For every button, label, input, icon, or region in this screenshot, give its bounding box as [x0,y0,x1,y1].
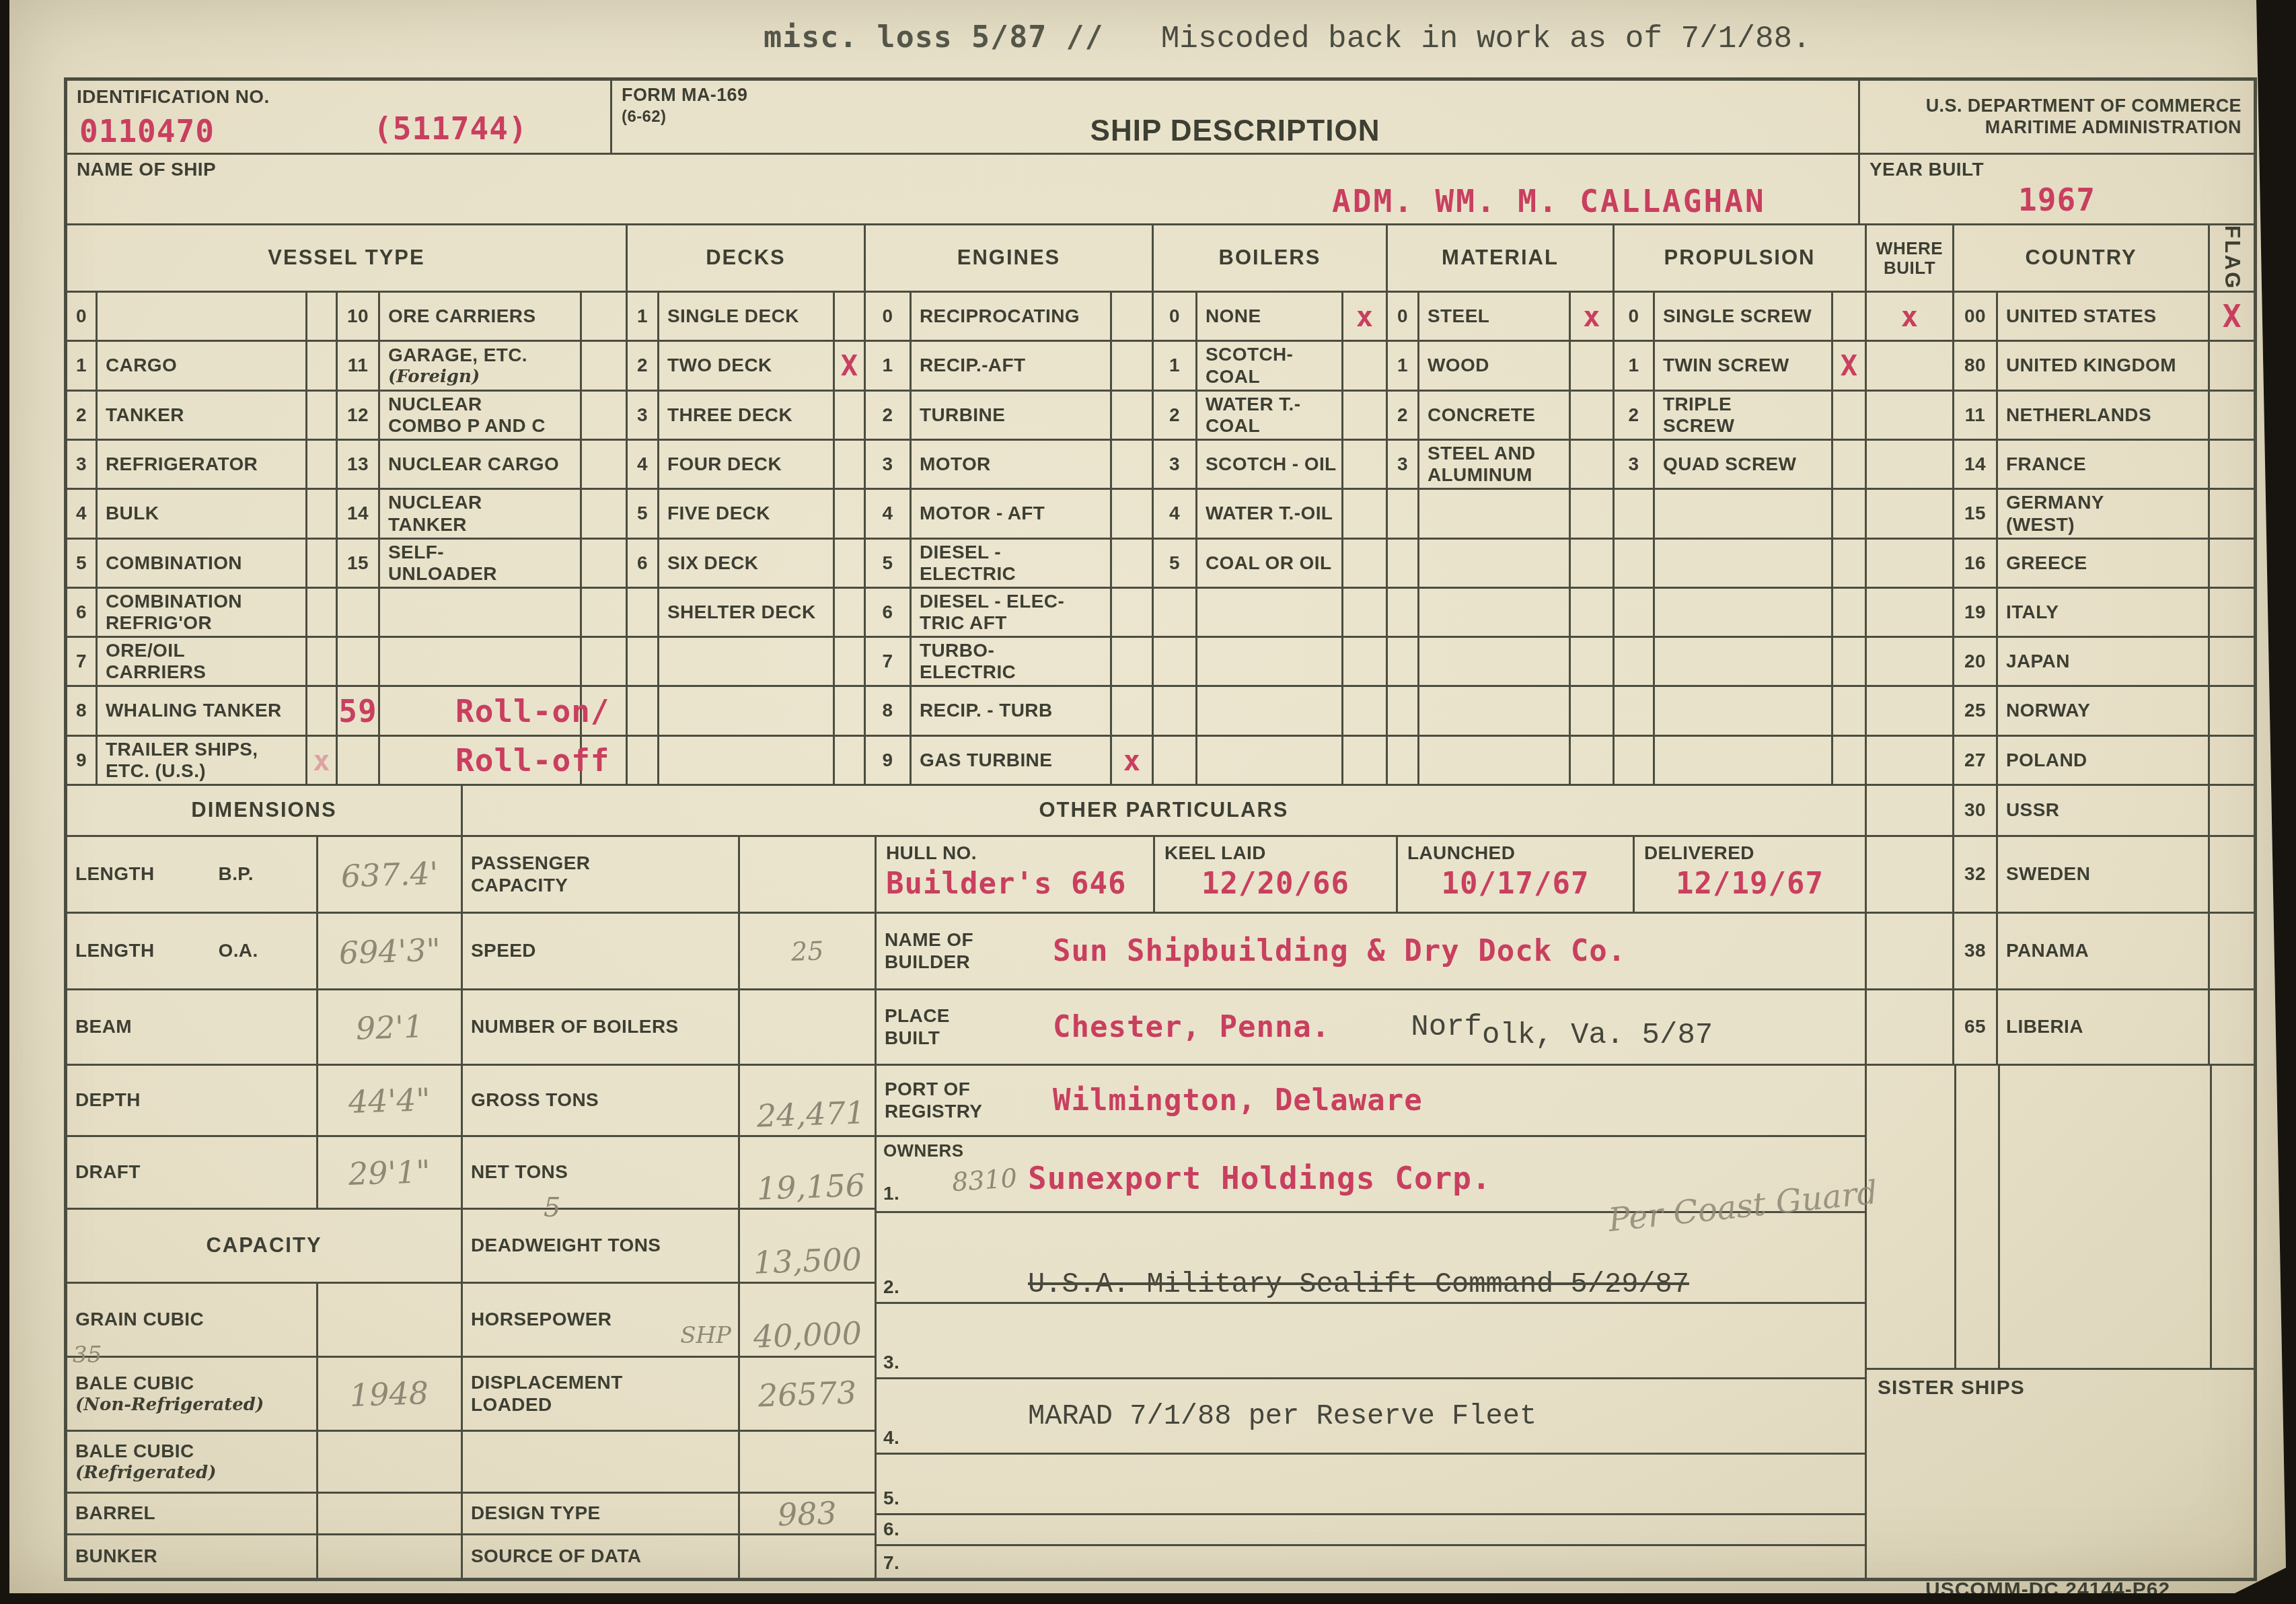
option-label: SCOTCH- COAL [1206,344,1293,387]
country-label-cell: GREECE [1998,540,2210,589]
mid-value-cell [740,837,877,914]
owner-name-red: Sunexport Holdings Corp. [1028,1160,1491,1196]
decks-check-cell [835,441,866,490]
flag-cell [2210,540,2254,589]
dimension-label: DEPTH [75,1089,141,1111]
propulsion-label-cell [1655,737,1833,786]
hull-label: HULL NO. [886,842,977,864]
propulsion-code-cell: 0 [1615,293,1655,342]
vessel_type_b-code-cell: 14 [338,490,380,540]
place-value: Chester, Penna. [1053,1010,1330,1044]
material-check-cell [1571,441,1615,490]
vessel_type_b-code-cell: 11 [338,342,380,392]
country-label: SWEDEN [2006,863,2090,885]
boilers-check-cell [1343,589,1388,638]
mid-label: DISPLACEMENT LOADED [471,1372,623,1415]
capacity-label-cell: GRAIN CUBIC [67,1284,318,1358]
propulsion-code-cell [1615,737,1655,786]
capacity-value-cell [318,1284,463,1358]
column-header-label: PROPULSION [1664,246,1816,269]
decks-label-cell: THREE DECK [659,392,835,441]
identification-cell: IDENTIFICATION NO. 0110470 (511744) [67,81,612,155]
propulsion-label-cell: TRIPLE SCREW [1655,392,1833,441]
owner-number: 6. [883,1519,899,1540]
check-mark: X [1841,349,1857,382]
mid-value-cell: 24,471 [740,1066,877,1137]
particulars-registry-cell: PORT OF REGISTRYWilmington, Delaware [877,1066,1867,1137]
option-label: THREE DECK [667,404,792,426]
option-label: COAL OR OIL [1206,552,1331,574]
page-title: SHIP DESCRIPTION [1090,114,1380,149]
material-label-cell [1419,490,1571,540]
engines-check-cell [1112,342,1154,392]
propulsion-code-cell [1615,490,1655,540]
engines-label-cell: TURBINE [912,392,1112,441]
year-built-value: 1967 [2018,182,2096,218]
decks-check-cell [835,490,866,540]
boilers-check-cell [1343,490,1388,540]
vessel_type_b-label-cell: ORE CARRIERS [380,293,582,342]
mid-value: 13,500 [753,1241,862,1281]
country-label-cell: ITALY [1998,589,2210,638]
vessel_type_a-check-cell [307,342,338,392]
vessel_type_a-check-cell [307,392,338,441]
mid-label-cell: SOURCE OF DATA [463,1535,740,1578]
check-mark: x [1583,300,1600,333]
option-label-paren: (Foreign) [388,367,480,387]
country-label-cell: SWEDEN [1998,837,2210,914]
year-built-cell: YEAR BUILT 1967 [1860,155,2254,225]
option-label: ORE CARRIERS [388,305,536,327]
vessel_type_a-code-cell: 7 [67,638,98,687]
material-check-cell [1571,490,1615,540]
engines-code-cell: 5 [866,540,912,589]
boilers-label-cell: NONE [1197,293,1343,342]
dimension-value: 694'3" [338,931,441,971]
column-header-decks: DECKS [628,225,866,293]
flag-cell [2210,342,2254,392]
column-header-label: BOILERS [1219,246,1321,269]
material-code-cell [1388,490,1419,540]
propulsion-check-cell [1833,737,1867,786]
check-mark: X [2223,298,2242,334]
code-value: 5 [1169,552,1180,574]
code-value: 1 [1169,355,1180,376]
capacity-value: 1948 [350,1374,430,1413]
propulsion-label-cell: TWIN SCREW [1655,342,1833,392]
option-label: REFRIGERATOR [106,453,258,475]
decks-label-cell: FIVE DECK [659,490,835,540]
column-header-country: COUNTRY [1954,225,2210,293]
hull-value: 12/19/67 [1676,867,1824,901]
country-label: FRANCE [2006,453,2086,475]
code-value: 6 [76,601,87,623]
boilers-check-cell [1343,441,1388,490]
annotation-part2: Miscoded back in work as of 7/1/88. [1161,22,1811,57]
country-label-cell: GERMANY (WEST) [1998,490,2210,540]
dimension-value-cell: 694'3" [318,914,463,990]
engines-code-cell: 1 [866,342,912,392]
propulsion-check-cell [1833,392,1867,441]
particulars-builder-cell: NAME OF BUILDERSun Shipbuilding & Dry Do… [877,914,1867,990]
option-label: WOOD [1428,355,1489,376]
mid-label: NUMBER OF BOILERS [471,1016,679,1037]
option-label: GARAGE, ETC. [388,344,527,366]
material-code-cell [1388,589,1419,638]
decks-check-cell [835,589,866,638]
typed-red-code: 59 [338,693,377,729]
country-code-cell: 65 [1954,990,1998,1066]
propulsion-code-cell [1615,589,1655,638]
check-mark: x [1356,300,1373,333]
vessel_type_b-code-cell: 15 [338,540,380,589]
column-header-engines: ENGINES [866,225,1154,293]
country-label-cell: FRANCE [1998,441,2210,490]
option-label: MOTOR [920,453,991,475]
material-label-cell: CONCRETE [1419,392,1571,441]
engines-code-cell: 4 [866,490,912,540]
capacity-label: BALE CUBIC [75,1373,194,1394]
vessel_type_b-check-cell [582,392,628,441]
propulsion-check-cell [1833,490,1867,540]
owners-label: OWNERS [883,1141,963,1161]
flag-cell: X [2210,293,2254,342]
material-label-cell: STEEL AND ALUMINUM [1419,441,1571,490]
option-label: TWO DECK [667,355,772,376]
vessel_type_b-code-cell [338,589,380,638]
engines-code-cell: 7 [866,638,912,687]
vessel_type_b-code-cell: 12 [338,392,380,441]
boilers-code-cell: 1 [1154,342,1197,392]
where-built-cell [1867,540,1954,589]
form-revision-label: (6-62) [622,108,666,126]
dimension-value: 29'1" [348,1153,431,1192]
capacity-label-cell: BUNKER [67,1535,318,1578]
option-label: BULK [106,503,159,524]
column-header-material: MATERIAL [1388,225,1615,293]
material-code-cell [1388,737,1419,786]
vessel_type_b-check-cell [582,687,628,737]
dimension-label-cell: DEPTH [67,1066,318,1137]
propulsion-code-cell: 3 [1615,441,1655,490]
where-built-cell [1867,342,1954,392]
dimension-value-cell: 44'4" [318,1066,463,1137]
column-header-propulsion: PROPULSION [1615,225,1867,293]
mid-label: DEADWEIGHT TONS [471,1235,661,1256]
vessel_type_b-label-cell: NUCLEAR TANKER [380,490,582,540]
column-header-flag: FLAG [2210,225,2254,293]
vessel_type_b-label-cell [380,638,582,687]
vessel_type_b-check-cell [582,540,628,589]
code-value: 8 [76,700,87,721]
country-label-cell: NORWAY [1998,687,2210,737]
boilers-label-cell: COAL OR OIL [1197,540,1343,589]
propulsion-check-cell [1833,687,1867,737]
decks-code-cell: 4 [628,441,659,490]
mid-value-cell: 19,156 [740,1137,877,1210]
decks-code-cell: 6 [628,540,659,589]
column-line [1998,1066,2000,1370]
country-code-cell: 38 [1954,914,1998,990]
option-label: TURBO- ELECTRIC [920,640,1016,683]
option-label: SINGLE DECK [667,305,799,327]
identification-value: 0110470 [79,113,215,149]
dimension-value: 92'1 [355,1008,424,1046]
code-value: 3 [76,453,87,475]
vessel_type_a-label-cell: ORE/OIL CARRIERS [98,638,307,687]
code-value: 2 [1629,404,1639,426]
country-code-cell: 27 [1954,737,1998,786]
vessel_type_b-code-cell [338,737,380,786]
code-value: 3 [1397,453,1408,475]
column-header-label: DECKS [706,246,786,269]
option-label: FOUR DECK [667,453,782,475]
material-check-cell [1571,392,1615,441]
place-extra2: olk, Va. 5/87 [1482,1019,1713,1052]
owner-number: 1. [883,1183,899,1204]
option-label: TWIN SCREW [1663,355,1789,376]
vessel_type_b-check-cell [582,490,628,540]
check-mark: x [313,744,330,777]
code-value: 14 [347,503,369,524]
mid-value-cell [740,990,877,1066]
boilers-label-cell [1197,687,1343,737]
propulsion-label-cell [1655,540,1833,589]
code-value: 5 [883,552,893,574]
particulars-place-cell: PLACE BUILTChester, Penna.Norfolk, Va. 5… [877,990,1867,1066]
flag-cell [2210,914,2254,990]
vessel_type_a-label-cell: COMBINATION REFRIG'OR [98,589,307,638]
engines-check-cell [1112,540,1154,589]
vessel_type_b-check-cell [582,342,628,392]
dimension-label-cell: DRAFT [67,1137,318,1210]
owner-row: 6. [877,1515,1867,1546]
code-value: 7 [76,651,87,672]
mid-value: 40,000 [753,1315,862,1355]
pencil-note: 35 [73,1342,102,1369]
vessel_type_a-label-cell: COMBINATION [98,540,307,589]
country-label-cell: POLAND [1998,737,2210,786]
option-label: CARGO [106,355,177,376]
country-label: UNITED KINGDOM [2006,355,2176,376]
boilers-label-cell: WATER T.- COAL [1197,392,1343,441]
name-of-ship-cell: NAME OF SHIP ADM. WM. M. CALLAGHAN [67,155,1860,225]
column-header-where_built: WHERE BUILT [1867,225,1954,293]
hull-value: Builder's 646 [886,867,1126,901]
mid-label-cell: GROSS TONS [463,1066,740,1137]
boilers-check-cell [1343,638,1388,687]
code-value: 10 [347,305,369,327]
code-value: 0 [1629,305,1639,327]
country-label: UNITED STATES [2006,305,2157,327]
boilers-code-cell [1154,737,1197,786]
owner-row: 5. [877,1455,1867,1515]
place-extra: Norfolk, Va. 5/87 [1411,1011,1713,1044]
vessel_type_a-label-cell: BULK [98,490,307,540]
mid-label-cell: SPEED [463,914,740,990]
dimensions-title: DIMENSIONS [191,799,336,822]
decks-label-cell [659,737,835,786]
form-title-cell: FORM MA-169 (6-62) SHIP DESCRIPTION [612,81,1860,155]
dimension-value-cell: 29'1" [318,1137,463,1210]
dimensions-header: DIMENSIONS [67,786,463,837]
vessel_type_a-check-cell [307,540,338,589]
vessel_type_b-label-cell: GARAGE, ETC.(Foreign) [380,342,582,392]
country-label-cell: NETHERLANDS [1998,392,2210,441]
option-label: TANKER [106,404,184,426]
owner-number: 7. [883,1552,899,1574]
engines-code-cell: 2 [866,392,912,441]
sister-ships-box: SISTER SHIPS [1867,1370,2254,1578]
material-check-cell [1571,737,1615,786]
vessel_type_b-check-cell [582,293,628,342]
material-label-cell [1419,540,1571,589]
propulsion-label-cell [1655,589,1833,638]
capacity-label: GRAIN CUBIC [75,1309,204,1330]
engines-label-cell: MOTOR - AFT [912,490,1112,540]
engines-code-cell: 3 [866,441,912,490]
flag-cell [2210,589,2254,638]
boilers-check-cell: x [1343,293,1388,342]
code-value: 3 [637,404,648,426]
boilers-code-cell [1154,589,1197,638]
hull-label: LAUNCHED [1407,842,1515,864]
boilers-label-cell [1197,737,1343,786]
vessel_type_a-code-cell: 0 [67,293,98,342]
decks-check-cell [835,392,866,441]
boilers-label-cell [1197,638,1343,687]
engines-check-cell [1112,441,1154,490]
vessel_type_b-label-cell: Roll-off [380,737,582,786]
other-particulars-title: OTHER PARTICULARS [1039,799,1289,822]
dimension-label: LENGTH [75,940,155,961]
form-print-code: USCOMM-DC 24144-P62 [1925,1578,2170,1601]
flag-cell [2210,392,2254,441]
material-label-cell [1419,687,1571,737]
hull-value: 12/20/66 [1201,867,1349,901]
hull-cell: KEEL LAID12/20/66 [1155,837,1398,914]
vessel_type_a-label-cell [98,293,307,342]
capacity-label: BARREL [75,1502,155,1524]
mid-label-cell: DESIGN TYPE [463,1494,740,1535]
propulsion-code-cell: 2 [1615,392,1655,441]
mid-label-cell: NUMBER OF BOILERS [463,990,740,1066]
check-mark: x [1901,300,1918,333]
form-number-label: FORM MA-169 [622,85,747,106]
country-label-cell: PANAMA [1998,914,2210,990]
code-value: 15 [347,552,369,574]
country-label: JAPAN [2006,651,2070,672]
annotation-part1: misc. loss 5/87 // [764,19,1104,54]
boilers-code-cell [1154,638,1197,687]
option-label: NUCLEAR COMBO P AND C [388,394,546,437]
propulsion-code-cell: 1 [1615,342,1655,392]
country-code: 80 [1964,355,1986,376]
propulsion-check-cell [1833,441,1867,490]
code-value: 13 [347,453,369,475]
country-label: GERMANY (WEST) [2006,492,2104,535]
mid-value: 24,471 [756,1094,866,1134]
capacity-label: BALE CUBIC [75,1441,194,1462]
owner-number: 4. [883,1427,899,1449]
country-label: PANAMA [2006,940,2089,961]
code-value: 4 [883,503,893,524]
engines-label-cell: TURBO- ELECTRIC [912,638,1112,687]
boilers-code-cell [1154,687,1197,737]
vessel_type_b-check-cell [582,737,628,786]
engines-check-cell [1112,589,1154,638]
dimension-label-cell: LENGTHB.P. [67,837,318,914]
propulsion-label-cell [1655,638,1833,687]
owner-row: 4.MARAD 7/1/88 per Reserve Fleet [877,1379,1867,1455]
country-label-cell: UNITED STATES [1998,293,2210,342]
vessel_type_b-check-cell [582,589,628,638]
option-label: NUCLEAR CARGO [388,453,559,475]
capacity-value-cell [318,1432,463,1494]
vessel_type_a-label-cell: WHALING TANKER [98,687,307,737]
propulsion-label-cell: QUAD SCREW [1655,441,1833,490]
material-code-cell: 0 [1388,293,1419,342]
material-label-cell [1419,589,1571,638]
mid-value-cell [740,1432,877,1494]
country-code-cell: 25 [1954,687,1998,737]
option-label: NONE [1206,305,1261,327]
engines-check-cell [1112,638,1154,687]
country-code: 19 [1964,601,1986,623]
mid-label-cell: DEADWEIGHT TONS5 [463,1210,740,1284]
column-header-label: ENGINES [957,246,1061,269]
where-built-cell [1867,638,1954,687]
vessel_type_a-check-cell [307,687,338,737]
country-code-cell: 20 [1954,638,1998,687]
material-code-cell [1388,638,1419,687]
mid-label-cell: PASSENGER CAPACITY [463,837,740,914]
where-built-cell [1867,786,1954,837]
vessel_type_a-code-cell: 3 [67,441,98,490]
material-code-cell: 3 [1388,441,1419,490]
flag-cell [2210,990,2254,1066]
material-label-cell [1419,737,1571,786]
option-label: WATER T.-OIL [1206,503,1333,524]
engines-code-cell: 8 [866,687,912,737]
propulsion-code-cell [1615,687,1655,737]
where-built-cell [1867,687,1954,737]
dimension-label-cell: BEAM [67,990,318,1066]
vessel_type_a-check-cell: x [307,737,338,786]
decks-code-cell [628,638,659,687]
country-code-cell: 14 [1954,441,1998,490]
mid-label-cell [463,1432,740,1494]
hull-label: KEEL LAID [1164,842,1266,864]
code-value: 2 [1169,404,1180,426]
engines-label-cell: GAS TURBINE [912,737,1112,786]
option-label: ORE/OIL CARRIERS [106,640,206,683]
capacity-label: BUNKER [75,1545,157,1567]
decks-label-cell [659,638,835,687]
option-label: STEEL AND ALUMINUM [1428,443,1536,486]
vessel_type_b-code-cell [338,638,380,687]
owner-row: 3. [877,1304,1867,1379]
option-label: NUCLEAR TANKER [388,492,482,535]
propulsion-check-cell [1833,638,1867,687]
registry-value: Wilmington, Delaware [1053,1083,1423,1118]
mid-label: GROSS TONS [471,1089,599,1111]
vessel_type_a-check-cell [307,638,338,687]
owner-number: 2. [883,1276,899,1298]
column-header-label: MATERIAL [1442,246,1559,269]
material-check-cell [1571,589,1615,638]
code-value: 1 [1397,355,1408,376]
